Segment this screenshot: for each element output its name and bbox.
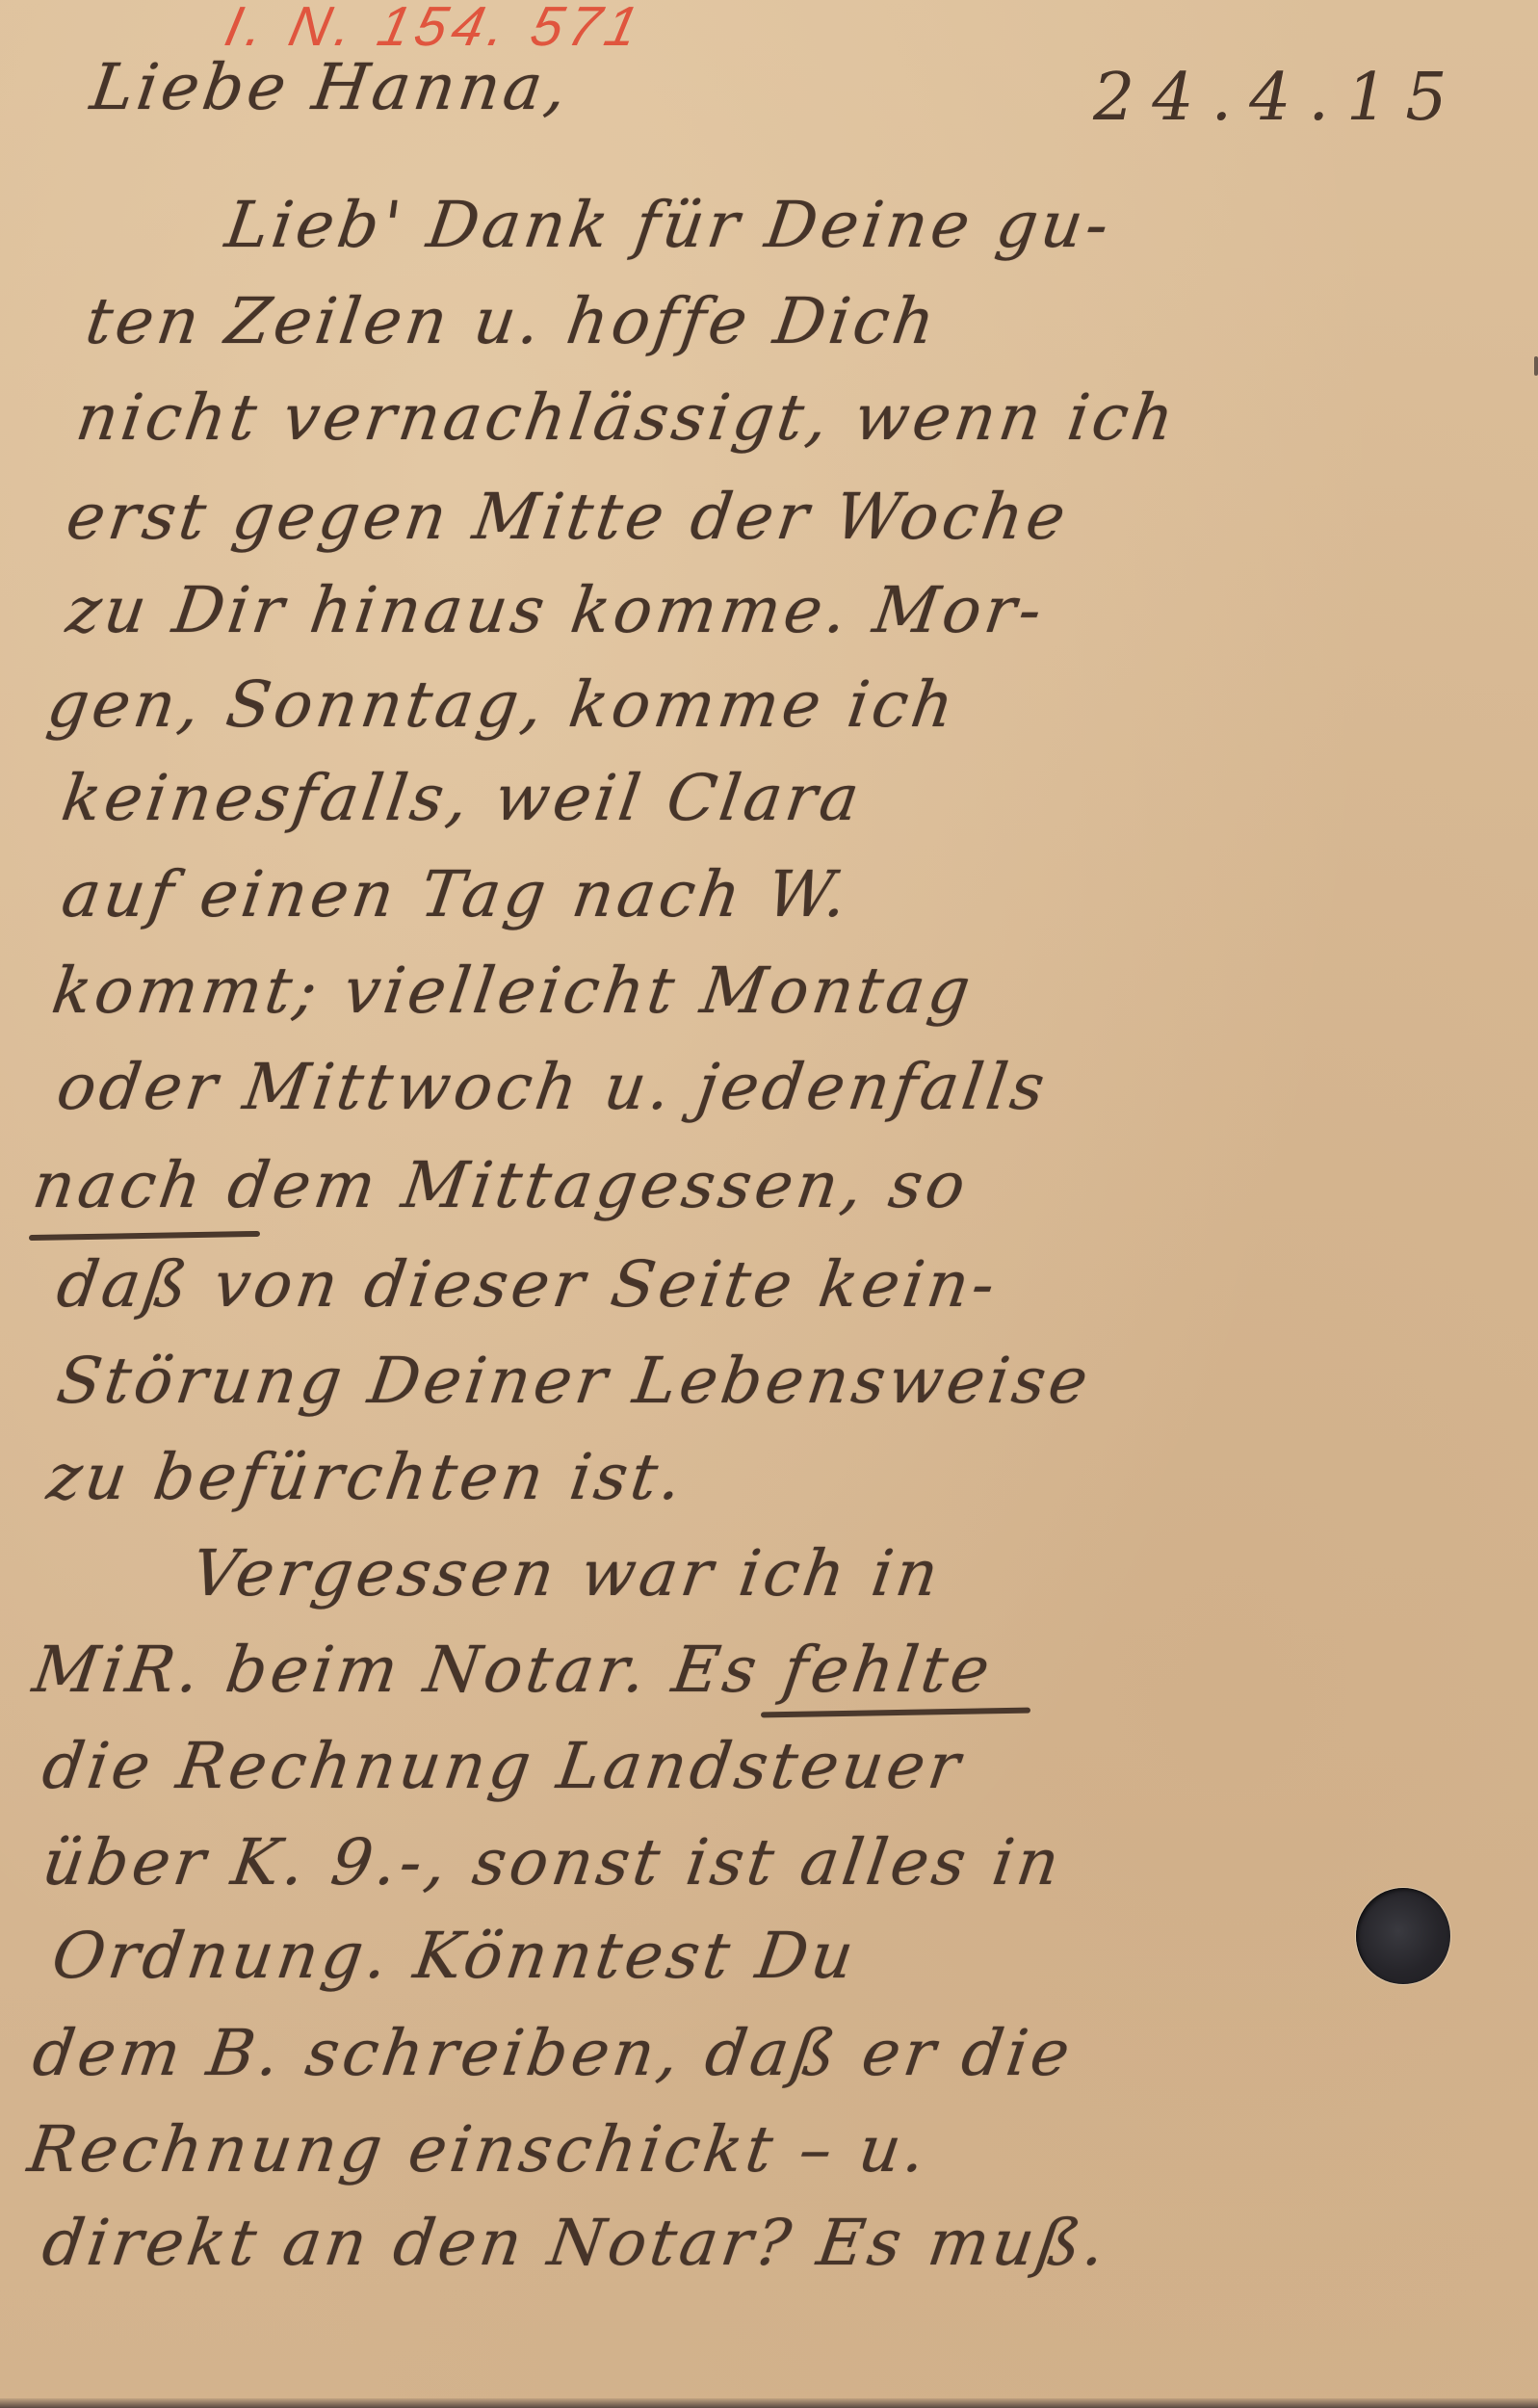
text-line: nicht vernachlässigt, wenn ich [72,380,1183,455]
text-line: Vergessen war ich in [188,1536,947,1610]
text-line: erst gegen Mitte der Woche [63,480,1074,554]
text-line: gen, Sonntag, komme ich [43,667,962,742]
torn-bottom-edge [0,2398,1538,2408]
underline-notar [761,1708,1030,1718]
text-line: keinesfalls, weil Clara [58,761,868,835]
text-line: oder Mittwoch u. jedenfalls [53,1050,1053,1124]
text-line: Störung Deiner Lebensweise [53,1344,1096,1418]
text-line: ten Zeilen u. hoffe Dich [82,284,944,358]
text-line: zu Dir hinaus komme. Mor- [63,573,1051,647]
text-line: MiR. beim Notar. Es fehlte [29,1633,998,1707]
text-line: Lieb' Dank für Deine gu- [222,188,1117,262]
text-line: dem B. schreiben, daß er die [29,2016,1079,2090]
greeting: Liebe Hanna, [87,50,575,124]
text-line: kommt; vielleicht Montag [48,954,978,1028]
edge-mark [1534,356,1538,376]
text-line: Rechnung einschickt – u. [24,2112,934,2186]
text-line: die Rechnung Landsteuer [39,1729,969,1803]
text-line: daß von dieser Seite kein- [53,1247,1004,1322]
text-line: zu befürchten ist. [43,1440,691,1514]
underline-nach [29,1231,260,1241]
letter-page: I. N. 154. 571 Liebe Hanna, 24.4.15 Lieb… [0,0,1538,2408]
punch-hole [1356,1888,1450,1984]
text-line: nach dem Mittagessen, so [29,1148,974,1222]
text-line: über K. 9.-, sonst ist alles in [39,1825,1068,1899]
text-line: Ordnung. Könntest Du [48,1919,862,1993]
text-line: direkt an den Notar? Es muß. [39,2206,1113,2280]
letter-date: 24.4.15 [1093,60,1465,136]
text-line: auf einen Tag nach W. [58,857,855,931]
